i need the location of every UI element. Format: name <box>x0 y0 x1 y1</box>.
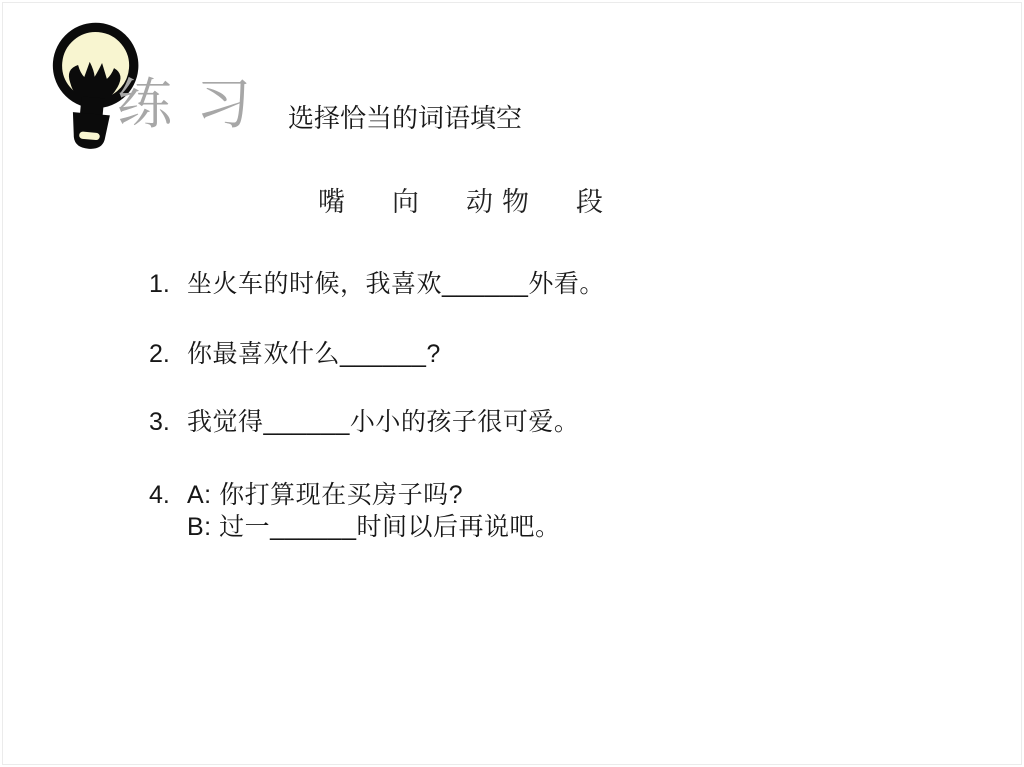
exercise-text: B: 过一______时间以后再说吧。 <box>187 512 561 542</box>
exercise-text: 我觉得______小小的孩子很可爱。 <box>187 407 579 437</box>
exercise-number: 2. <box>149 339 187 369</box>
exercise-number: 1. <box>149 269 187 299</box>
exercise-number: 4. <box>149 480 187 510</box>
exercise-row: 1. 坐火车的时候，我喜欢______外看。 <box>149 269 605 299</box>
exercise-text: A: 你打算现在买房子吗? <box>187 480 463 510</box>
exercise-number: 3. <box>149 407 187 437</box>
exercise-text: 坐火车的时候，我喜欢______外看。 <box>187 269 605 299</box>
exercise-row: B: 过一______时间以后再说吧。 <box>163 512 561 542</box>
exercise-list: 1. 坐火车的时候，我喜欢______外看。 2. 你最喜欢什么______? … <box>3 3 1021 764</box>
exercise-row: 2. 你最喜欢什么______? <box>149 339 441 369</box>
exercise-number <box>163 512 187 542</box>
slide: 练习 选择恰当的词语填空 嘴 向 动物 段 1. 坐火车的时候，我喜欢_____… <box>2 2 1022 765</box>
exercise-row: 4. A: 你打算现在买房子吗? <box>149 480 463 510</box>
exercise-row: 3. 我觉得______小小的孩子很可爱。 <box>149 407 579 437</box>
exercise-text: 你最喜欢什么______? <box>187 339 441 369</box>
